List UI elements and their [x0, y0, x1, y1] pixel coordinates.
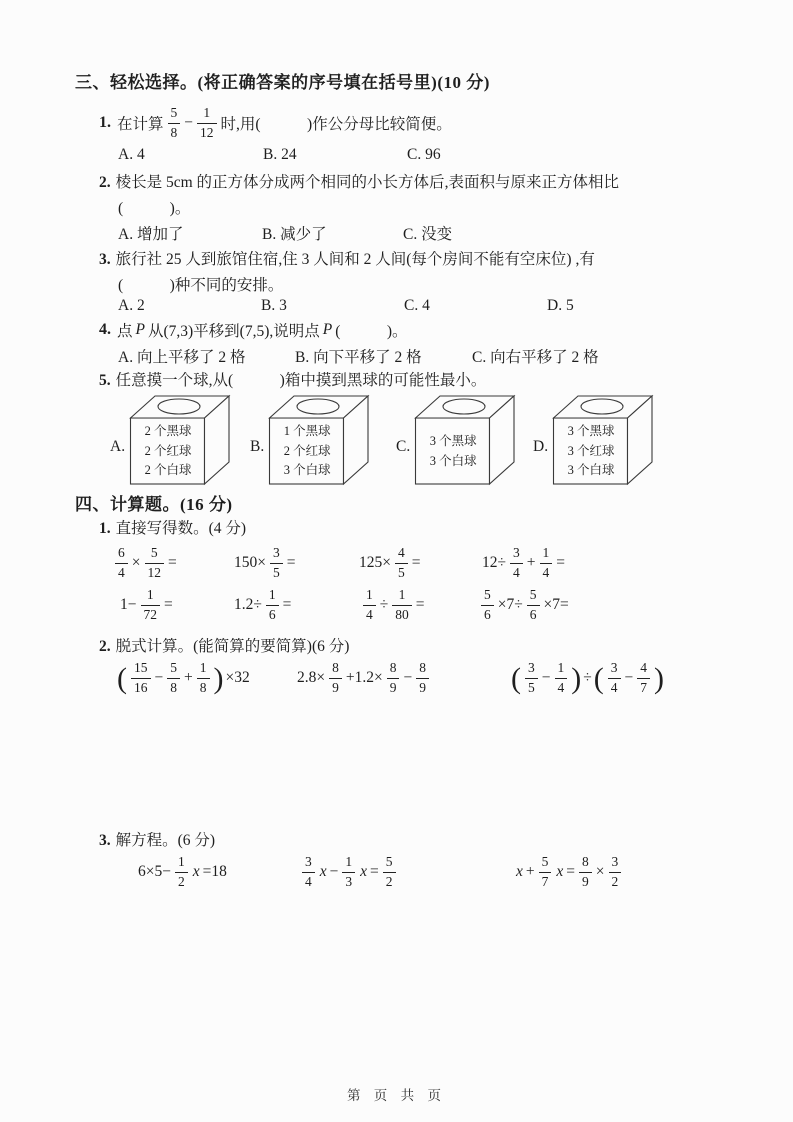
- math-fraction: 89: [329, 661, 342, 694]
- answer-box-c: C. 3 个黑球 3 个白球: [396, 392, 519, 489]
- mental-calc-item-2: 150×35=: [233, 541, 297, 585]
- math-token: 在计算: [117, 112, 164, 134]
- question-5: 5.任意摸一个球,从( )箱中摸到黑球的可能性最小。: [99, 368, 486, 390]
- question-3-text: 旅行社 25 人到旅馆住宿,住 3 人间和 2 人间(每个房间不能有空床位) ,…: [116, 251, 595, 268]
- math-token: (: [594, 665, 604, 692]
- math-fraction: 34: [608, 661, 621, 694]
- math-fraction: 12: [175, 855, 188, 888]
- math-token: =: [566, 863, 575, 881]
- math-token: ): [214, 665, 224, 692]
- option-q3-b: B. 3: [261, 297, 404, 315]
- math-fraction: 112: [197, 106, 217, 139]
- question-5-number: 5.: [99, 372, 111, 389]
- question-3: 3.旅行社 25 人到旅馆住宿,住 3 人间和 2 人间(每个房间不能有空床位)…: [99, 247, 595, 269]
- math-token: x: [556, 863, 563, 881]
- math-token: 1.2÷: [234, 596, 262, 614]
- question-4-options: A. 向上平移了 2 格 B. 向下平移了 2 格 C. 向右平移了 2 格: [118, 345, 599, 367]
- math-token: 点: [117, 319, 133, 341]
- ball-count-line: 1 个黑球: [284, 422, 331, 441]
- math-token: ): [571, 665, 581, 692]
- calc-q2-number: 2.: [99, 638, 111, 655]
- math-token: +: [527, 554, 536, 572]
- math-token: −: [330, 863, 339, 881]
- math-token: =: [283, 596, 292, 614]
- calc-q2-text: 脱式计算。(能简算的要简算)(6 分): [116, 638, 350, 655]
- math-token: +: [526, 863, 535, 881]
- question-4: 4.点 P 从(7,3)平移到(7,5),说明点 P( )。: [99, 318, 409, 342]
- stepwise-expr-1: (1516−58+18)×32: [116, 656, 251, 700]
- math-token: −: [184, 114, 193, 132]
- ball-count-line: 3 个红球: [568, 442, 615, 461]
- mental-calc-item-7: 14÷180=: [360, 583, 426, 627]
- math-fraction: 32: [609, 855, 622, 888]
- answer-box-d: D. 3 个黑球 3 个红球 3 个白球: [533, 392, 657, 489]
- option-q4-b: B. 向下平移了 2 格: [295, 345, 472, 367]
- question-3-blank: ( )种不同的安排。: [118, 273, 283, 295]
- math-fraction: 64: [115, 546, 128, 579]
- mental-calc-item-4: 12÷34+14=: [481, 541, 566, 585]
- math-token: −: [625, 669, 634, 687]
- math-token: −: [403, 669, 412, 687]
- math-fraction: 180: [392, 588, 412, 621]
- math-token: 6×5−: [138, 863, 171, 881]
- math-fraction: 34: [510, 546, 523, 579]
- option-q3-d: D. 5: [547, 297, 574, 315]
- question-2-blank: ( )。: [118, 196, 190, 218]
- math-token: =: [164, 596, 173, 614]
- question-2: 2.棱长是 5cm 的正方体分成两个相同的小长方体后,表面积与原来正方体相比: [99, 170, 619, 192]
- question-2-text: 棱长是 5cm 的正方体分成两个相同的小长方体后,表面积与原来正方体相比: [116, 174, 619, 191]
- math-fraction: 35: [270, 546, 283, 579]
- math-fraction: 56: [481, 588, 494, 621]
- math-token: ×: [132, 554, 141, 572]
- math-token: =: [412, 554, 421, 572]
- math-fraction: 56: [527, 588, 540, 621]
- math-token: ): [654, 665, 664, 692]
- question-5-text: 任意摸一个球,从( )箱中摸到黑球的可能性最小。: [116, 372, 487, 389]
- math-token: =: [416, 596, 425, 614]
- math-token: =: [370, 863, 379, 881]
- ball-count-line: 2 个红球: [284, 442, 331, 461]
- answer-box-a: A. 2 个黑球 2 个红球 2 个白球: [110, 392, 234, 489]
- box-b-contents: 1 个黑球 2 个红球 3 个白球: [270, 419, 344, 484]
- ball-count-line: 2 个白球: [145, 461, 192, 480]
- math-token: +: [184, 669, 193, 687]
- question-1-options: A. 4 B. 24 C. 96: [118, 146, 441, 164]
- ball-count-line: 3 个黑球: [430, 432, 477, 451]
- math-token: (: [511, 665, 521, 692]
- math-token: 125×: [359, 554, 391, 572]
- math-fraction: 1516: [131, 661, 151, 694]
- calc-q3-label: 3.解方程。(6 分): [99, 828, 215, 850]
- math-token: −: [542, 669, 551, 687]
- box-a-contents: 2 个黑球 2 个红球 2 个白球: [131, 419, 205, 484]
- calc-q1-label: 1.直接写得数。(4 分): [99, 516, 246, 538]
- box-d-contents: 3 个黑球 3 个红球 3 个白球: [554, 419, 628, 484]
- math-token: −: [155, 669, 164, 687]
- question-3-options: A. 2 B. 3 C. 4 D. 5: [118, 297, 574, 315]
- math-token: =: [287, 554, 296, 572]
- calc-q2-label: 2.脱式计算。(能简算的要简算)(6 分): [99, 634, 349, 656]
- calc-q1-text: 直接写得数。(4 分): [116, 520, 246, 537]
- calc-q3-number: 3.: [99, 832, 111, 849]
- ball-count-line: 2 个黑球: [145, 422, 192, 441]
- math-token: 时,用( )作公分母比较简便。: [221, 112, 452, 134]
- math-fraction: 35: [525, 661, 538, 694]
- math-token: x: [193, 863, 200, 881]
- equation-3: x+57x=89×32: [514, 850, 624, 894]
- calc-q1-number: 1.: [99, 520, 111, 537]
- option-q4-a: A. 向上平移了 2 格: [118, 345, 295, 367]
- math-fraction: 52: [383, 855, 396, 888]
- math-token: ×7÷: [498, 596, 523, 614]
- question-3-number: 3.: [99, 251, 111, 268]
- math-token: P: [136, 321, 145, 339]
- math-token: x: [320, 863, 327, 881]
- math-fraction: 18: [197, 661, 210, 694]
- option-q1-a: A. 4: [118, 146, 263, 164]
- mental-calc-item-1: 64×512=: [112, 541, 178, 585]
- math-fraction: 89: [579, 855, 592, 888]
- question-2-options: A. 增加了 B. 减少了 C. 没变: [118, 222, 452, 244]
- math-fraction: 58: [167, 661, 180, 694]
- question-1: 1.在计算58−112时,用( )作公分母比较简便。: [99, 101, 453, 145]
- ball-count-line: 3 个白球: [568, 461, 615, 480]
- box-d-cube: 3 个黑球 3 个红球 3 个白球: [551, 392, 657, 489]
- math-token: ×: [596, 863, 605, 881]
- box-b-cube: 1 个黑球 2 个红球 3 个白球: [267, 392, 373, 489]
- option-q2-b: B. 减少了: [262, 222, 403, 244]
- math-token: =18: [203, 863, 227, 881]
- box-d-letter: D.: [533, 438, 548, 456]
- box-a-cube: 2 个黑球 2 个红球 2 个白球: [128, 392, 234, 489]
- math-fraction: 172: [141, 588, 161, 621]
- math-token: P: [323, 321, 332, 339]
- math-fraction: 14: [555, 661, 568, 694]
- math-token: 1−: [120, 596, 137, 614]
- math-token: ( )。: [335, 319, 407, 341]
- option-q2-a: A. 增加了: [118, 222, 262, 244]
- question-4-text: 点 P 从(7,3)平移到(7,5),说明点 P( )。: [116, 319, 409, 341]
- stepwise-expr-2: 2.8×89+1.2×89−89: [296, 656, 432, 700]
- math-token: ×32: [226, 669, 250, 687]
- mental-calc-item-6: 1.2÷16=: [233, 583, 292, 627]
- math-fraction: 89: [416, 661, 429, 694]
- box-a-letter: A.: [110, 438, 125, 456]
- math-fraction: 45: [395, 546, 408, 579]
- math-token: =: [556, 554, 565, 572]
- question-1-number: 1.: [99, 114, 111, 132]
- math-fraction: 512: [145, 546, 165, 579]
- math-token: ÷: [380, 596, 389, 614]
- option-q1-c: C. 96: [407, 146, 441, 164]
- exam-page: 三、轻松选择。(将正确答案的序号填在括号里)(10 分) 1.在计算58−112…: [0, 0, 793, 1122]
- mental-calc-item-3: 125×45=: [358, 541, 422, 585]
- math-fraction: 34: [302, 855, 315, 888]
- mental-calc-item-5: 1−172=: [119, 583, 174, 627]
- box-b-letter: B.: [250, 438, 264, 456]
- equation-2: 34x−13x=52: [299, 850, 399, 894]
- math-token: 12÷: [482, 554, 506, 572]
- math-token: =: [168, 554, 177, 572]
- math-fraction: 14: [363, 588, 376, 621]
- math-token: 从(7,3)平移到(7,5),说明点: [148, 319, 320, 341]
- ball-count-line: 3 个白球: [284, 461, 331, 480]
- box-c-contents: 3 个黑球 3 个白球: [416, 419, 490, 484]
- box-c-cube: 3 个黑球 3 个白球: [413, 392, 519, 489]
- option-q3-c: C. 4: [404, 297, 547, 315]
- ball-count-line: 3 个白球: [430, 452, 477, 471]
- stepwise-expr-3: (35−14)÷(34−47): [510, 656, 665, 700]
- math-token: x: [516, 863, 523, 881]
- math-fraction: 89: [387, 661, 400, 694]
- math-token: 2.8×: [297, 669, 325, 687]
- math-token: (: [117, 665, 127, 692]
- mental-calc-item-8: 56×7÷56×7=: [478, 583, 570, 627]
- section4-title: 四、计算题。(16 分): [75, 490, 233, 515]
- math-fraction: 16: [266, 588, 279, 621]
- math-fraction: 47: [637, 661, 650, 694]
- option-q4-c: C. 向右平移了 2 格: [472, 345, 599, 367]
- question-2-number: 2.: [99, 174, 111, 191]
- question-1-text: 在计算58−112时,用( )作公分母比较简便。: [116, 106, 453, 139]
- math-fraction: 13: [342, 855, 355, 888]
- math-token: 150×: [234, 554, 266, 572]
- math-token: +1.2×: [346, 669, 383, 687]
- option-q3-a: A. 2: [118, 297, 261, 315]
- page-footer: 第 页 共 页: [0, 1084, 793, 1104]
- math-token: ÷: [583, 669, 592, 687]
- section3-title: 三、轻松选择。(将正确答案的序号填在括号里)(10 分): [75, 68, 490, 93]
- math-token: ×7=: [544, 596, 569, 614]
- math-token: x: [360, 863, 367, 881]
- question-4-number: 4.: [99, 321, 111, 339]
- calc-q3-text: 解方程。(6 分): [116, 832, 215, 849]
- option-q2-c: C. 没变: [403, 222, 452, 244]
- option-q1-b: B. 24: [263, 146, 407, 164]
- answer-box-b: B. 1 个黑球 2 个红球 3 个白球: [250, 392, 373, 489]
- math-fraction: 57: [539, 855, 552, 888]
- equation-1: 6×5−12x=18: [137, 850, 228, 894]
- box-c-letter: C.: [396, 438, 410, 456]
- ball-count-line: 2 个红球: [145, 442, 192, 461]
- math-fraction: 14: [540, 546, 553, 579]
- ball-count-line: 3 个黑球: [568, 422, 615, 441]
- math-fraction: 58: [168, 106, 181, 139]
